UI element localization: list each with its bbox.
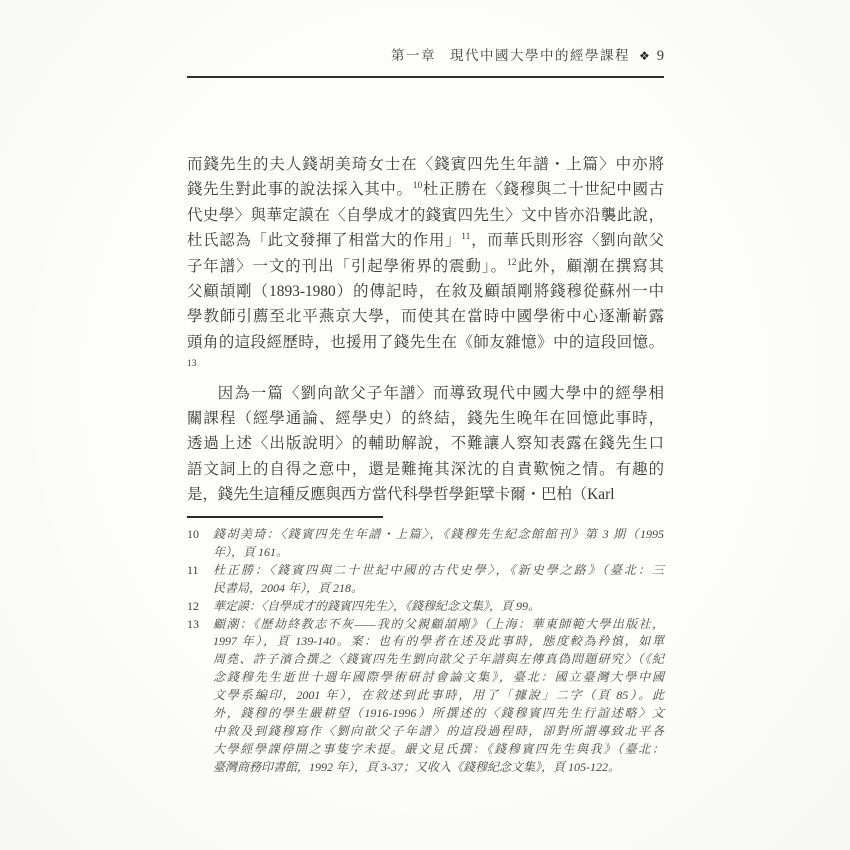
footnote-line: 臺灣商務印書館，1992 年），頁 3-37；又收入《錢穆紀念文集》，頁 105… <box>213 759 664 777</box>
body-line: 語文詞上的自得之意中，還是難掩其深沈的自責歎惋之情。有趣的 <box>187 457 664 482</box>
footnote-text: 顧潮：《歷劫終教志不灰——我的父親顧頡剛》（上海：華東師範大學出版社，1997 … <box>213 616 664 777</box>
body-line: 13 <box>187 355 664 380</box>
paragraph: 因為一篇〈劉向歆父子年譜〉而導致現代中國大學中的經學相關課程（經學通論、經學史）… <box>187 381 664 508</box>
footnote-item: 12華定謨：〈自學成才的錢賓四先生〉，《錢穆紀念文集》，頁 99。 <box>187 598 664 616</box>
footnote-item: 13顧潮：《歷劫終教志不灰——我的父親顧頡剛》（上海：華東師範大學出版社，199… <box>187 616 664 777</box>
header-rule <box>187 76 664 78</box>
footnote-line: 年），頁 161。 <box>213 544 664 562</box>
body-line: 是，錢先生這種反應與西方當代科學哲學鉅擘卡爾・巴柏（Karl <box>187 482 664 507</box>
footnote-item: 10錢胡美琦：〈錢賓四先生年譜・上篇〉，《錢穆先生紀念館館刊》第 3 期（199… <box>187 526 664 562</box>
footnote-ref: 10 <box>413 181 423 191</box>
footnote-ref: 13 <box>187 359 197 369</box>
diamond-ornament-icon: ❖ <box>639 49 650 63</box>
footnote-text: 錢胡美琦：〈錢賓四先生年譜・上篇〉，《錢穆先生紀念館館刊》第 3 期（1995年… <box>213 526 664 562</box>
book-page: 第一章現代中國大學中的經學課程❖9 而錢先生的夫人錢胡美琦女士在〈錢賓四先生年譜… <box>0 0 850 850</box>
footnote-line: 文學系編印，2001 年），在敘述到此事時，用了「據說」二字（頁 85）。此 <box>213 687 664 705</box>
footnote-line: 中敘及到錢穆寫作〈劉向歆父子年譜〉的這段過程時，卻對所謂導致北平各 <box>213 723 664 741</box>
footnote-text: 杜正勝：〈錢賓四與二十世紀中國的古代史學〉，《新史學之路》（臺北：三民書局，20… <box>213 562 664 598</box>
footnote-number: 10 <box>187 526 213 562</box>
footnote-line: 大學經學課停開之事隻字未提。嚴文見氏撰：《錢穆賓四先生與我》（臺北： <box>213 741 664 759</box>
footnote-line: 杜正勝：〈錢賓四與二十世紀中國的古代史學〉，《新史學之路》（臺北：三 <box>213 562 664 580</box>
footnote-item: 11杜正勝：〈錢賓四與二十世紀中國的古代史學〉，《新史學之路》（臺北：三民書局，… <box>187 562 664 598</box>
page-number: 9 <box>657 48 664 64</box>
footnote-line: 念錢穆先生逝世十週年國際學術研討會論文集》，臺北：國立臺灣大學中國 <box>213 669 664 687</box>
footnote-line: 華定謨：〈自學成才的錢賓四先生〉，《錢穆紀念文集》，頁 99。 <box>213 598 664 616</box>
footnote-line: 顧潮：《歷劫終教志不灰——我的父親顧頡剛》（上海：華東師範大學出版社， <box>213 616 664 634</box>
running-head: 第一章現代中國大學中的經學課程❖9 <box>187 44 664 65</box>
body-line: 杜氏認為「此文發揮了相當大的作用」11，而華氏則形容〈劉向歆父 <box>187 228 664 253</box>
footnote-number: 11 <box>187 562 213 598</box>
paragraph: 而錢先生的夫人錢胡美琦女士在〈錢賓四先生年譜・上篇〉中亦將錢先生對此事的說法採入… <box>187 152 664 381</box>
footnote-number: 13 <box>187 616 213 777</box>
footnote-text: 華定謨：〈自學成才的錢賓四先生〉，《錢穆紀念文集》，頁 99。 <box>213 598 664 616</box>
footnote-separator <box>187 516 383 518</box>
footnote-line: 錢胡美琦：〈錢賓四先生年譜・上篇〉，《錢穆先生紀念館館刊》第 3 期（1995 <box>213 526 664 544</box>
body-line: 代史學〉與華定謨在〈自學成才的錢賓四先生〉文中皆亦沿襲此說， <box>187 203 664 228</box>
body-line: 學教師引薦至北平燕京大學，而使其在當時中國學術中心逐漸嶄露 <box>187 304 664 329</box>
body-line: 頭角的這段經歷時，也援用了錢先生在《師友雜憶》中的這段回憶。 <box>187 330 664 355</box>
body-line: 而錢先生的夫人錢胡美琦女士在〈錢賓四先生年譜・上篇〉中亦將 <box>187 152 664 177</box>
body-line: 透過上述〈出版說明〉的輔助解說，不難讓人察知表露在錢先生口 <box>187 431 664 456</box>
body-line: 父顧頡剛（1893-1980）的傳記時，在敘及顧頡剛將錢穆從蘇州一中 <box>187 279 664 304</box>
footnote-number: 12 <box>187 598 213 616</box>
body-line: 因為一篇〈劉向歆父子年譜〉而導致現代中國大學中的經學相 <box>187 381 664 406</box>
body-line: 子年譜〉一文的刊出「引起學術界的震動」。12此外，顧潮在撰寫其 <box>187 254 664 279</box>
footnote-line: 民書局，2004 年），頁 218。 <box>213 580 664 598</box>
footnotes: 10錢胡美琦：〈錢賓四先生年譜・上篇〉，《錢穆先生紀念館館刊》第 3 期（199… <box>187 526 664 777</box>
footnote-ref: 11 <box>461 232 470 242</box>
footnote-line: 外，錢穆的學生嚴耕望（1916-1996）所撰述的〈錢穆賓四先生行誼述略〉文 <box>213 705 664 723</box>
footnote-line: 周堯、許子濱合撰之〈錢賓四先生劉向歆父子年譜與左傳真偽問題研究〉（《紀 <box>213 651 664 669</box>
body-line: 關課程（經學通論、經學史）的終結，錢先生晚年在回憶此事時， <box>187 406 664 431</box>
footnote-ref: 12 <box>507 258 517 268</box>
body-line: 錢先生對此事的說法採入其中。10杜正勝在〈錢穆與二十世紀中國古 <box>187 177 664 202</box>
body-text: 而錢先生的夫人錢胡美琦女士在〈錢賓四先生年譜・上篇〉中亦將錢先生對此事的說法採入… <box>187 152 664 508</box>
footnote-line: 1997 年），頁 139-140。案：也有的學者在述及此事時，態度較為矜慎，如… <box>213 633 664 651</box>
chapter-title: 現代中國大學中的經學課程 <box>450 48 630 63</box>
chapter-label: 第一章 <box>391 48 436 63</box>
